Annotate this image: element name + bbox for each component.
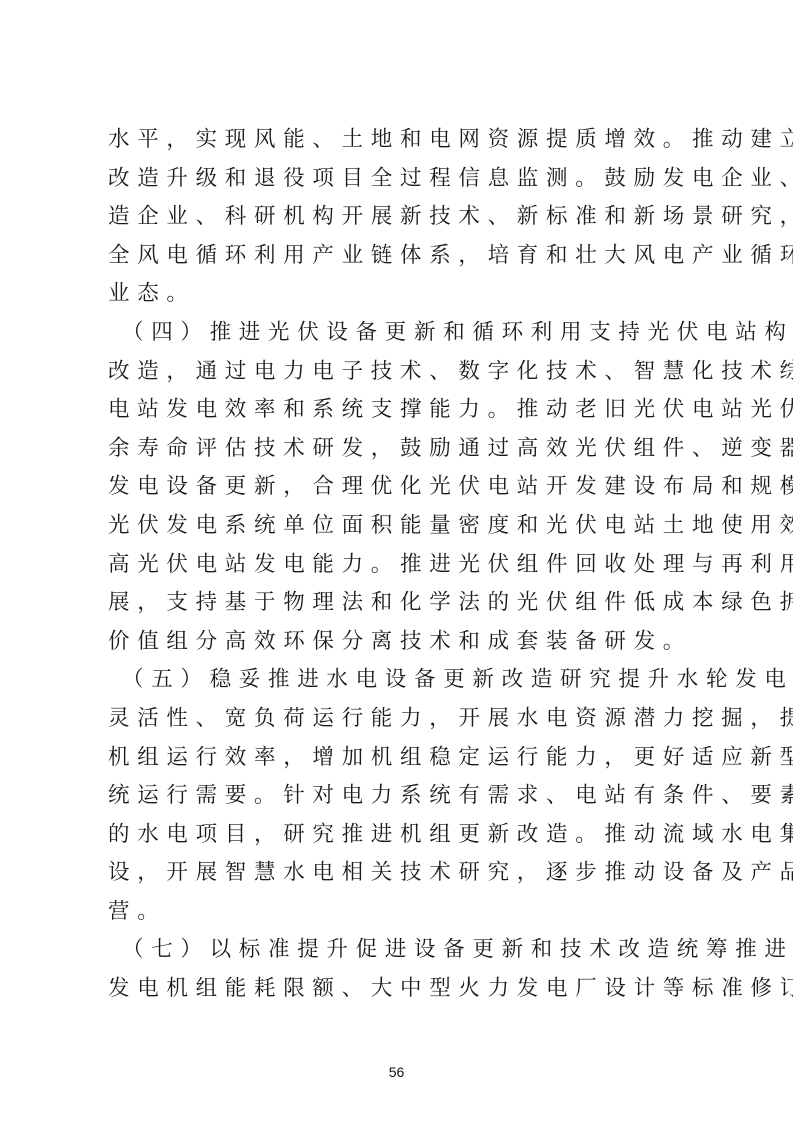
- page-number: 56: [0, 1064, 793, 1080]
- text-line: 改造，通过电力电子技术、数字化技术、智慧化技术综合提升: [108, 353, 698, 392]
- text-line: 统运行需要。针对电力系统有需求、电站有条件、要素有保障: [108, 777, 698, 816]
- text-line: 机组运行效率，增加机组稳定运行能力，更好适应新型电力系: [108, 739, 698, 778]
- text-line: 价值组分高效环保分离技术和成套装备研发。: [108, 623, 698, 662]
- text-line: 发电设备更新，合理优化光伏电站开发建设布局和规模，提升: [108, 468, 698, 507]
- text-line: 改造升级和退役项目全过程信息监测。鼓励发电企业、设备制: [108, 160, 698, 199]
- body-text: 水平，实现风能、土地和电网资源提质增效。推动建立风电场 改造升级和退役项目全过程…: [108, 121, 698, 1009]
- text-line: 造企业、科研机构开展新技术、新标准和新场景研究，建立健: [108, 198, 698, 237]
- section-heading-line: （四）推进光伏设备更新和循环利用支持光伏电站构网型: [108, 314, 698, 353]
- text-line: 设，开展智慧水电相关技术研究，逐步推动设备及产品智慧运: [108, 854, 698, 893]
- text-line: 营。: [108, 893, 698, 932]
- text-line: 业态。: [108, 275, 698, 314]
- text-line: 灵活性、宽负荷运行能力，开展水电资源潜力挖掘，提升老旧: [108, 700, 698, 739]
- text-line: 高光伏电站发电能力。推进光伏组件回收处理与再利用技术发: [108, 546, 698, 585]
- text-line: 展，支持基于物理法和化学法的光伏组件低成本绿色拆解、高: [108, 584, 698, 623]
- section-heading-line: （五）稳妥推进水电设备更新改造研究提升水轮发电机组: [108, 661, 698, 700]
- text-line: 电站发电效率和系统支撑能力。推动老旧光伏电站光伏设备残: [108, 391, 698, 430]
- text-line: 光伏发电系统单位面积能量密度和光伏电站土地使用效率，提: [108, 507, 698, 546]
- text-line: 全风电循环利用产业链体系，培育和壮大风电产业循环利用新: [108, 237, 698, 276]
- section-heading-line: （七）以标准提升促进设备更新和技术改造统筹推进燃煤: [108, 931, 698, 970]
- document-page: 水平，实现风能、土地和电网资源提质增效。推动建立风电场 改造升级和退役项目全过程…: [0, 0, 793, 1122]
- text-line: 水平，实现风能、土地和电网资源提质增效。推动建立风电场: [108, 121, 698, 160]
- text-line: 余寿命评估技术研发，鼓励通过高效光伏组件、逆变器等关键: [108, 430, 698, 469]
- text-line: 发电机组能耗限额、大中型火力发电厂设计等标准修订，推动: [108, 970, 698, 1009]
- text-line: 的水电项目，研究推进机组更新改造。推动流域水电集控建: [108, 816, 698, 855]
